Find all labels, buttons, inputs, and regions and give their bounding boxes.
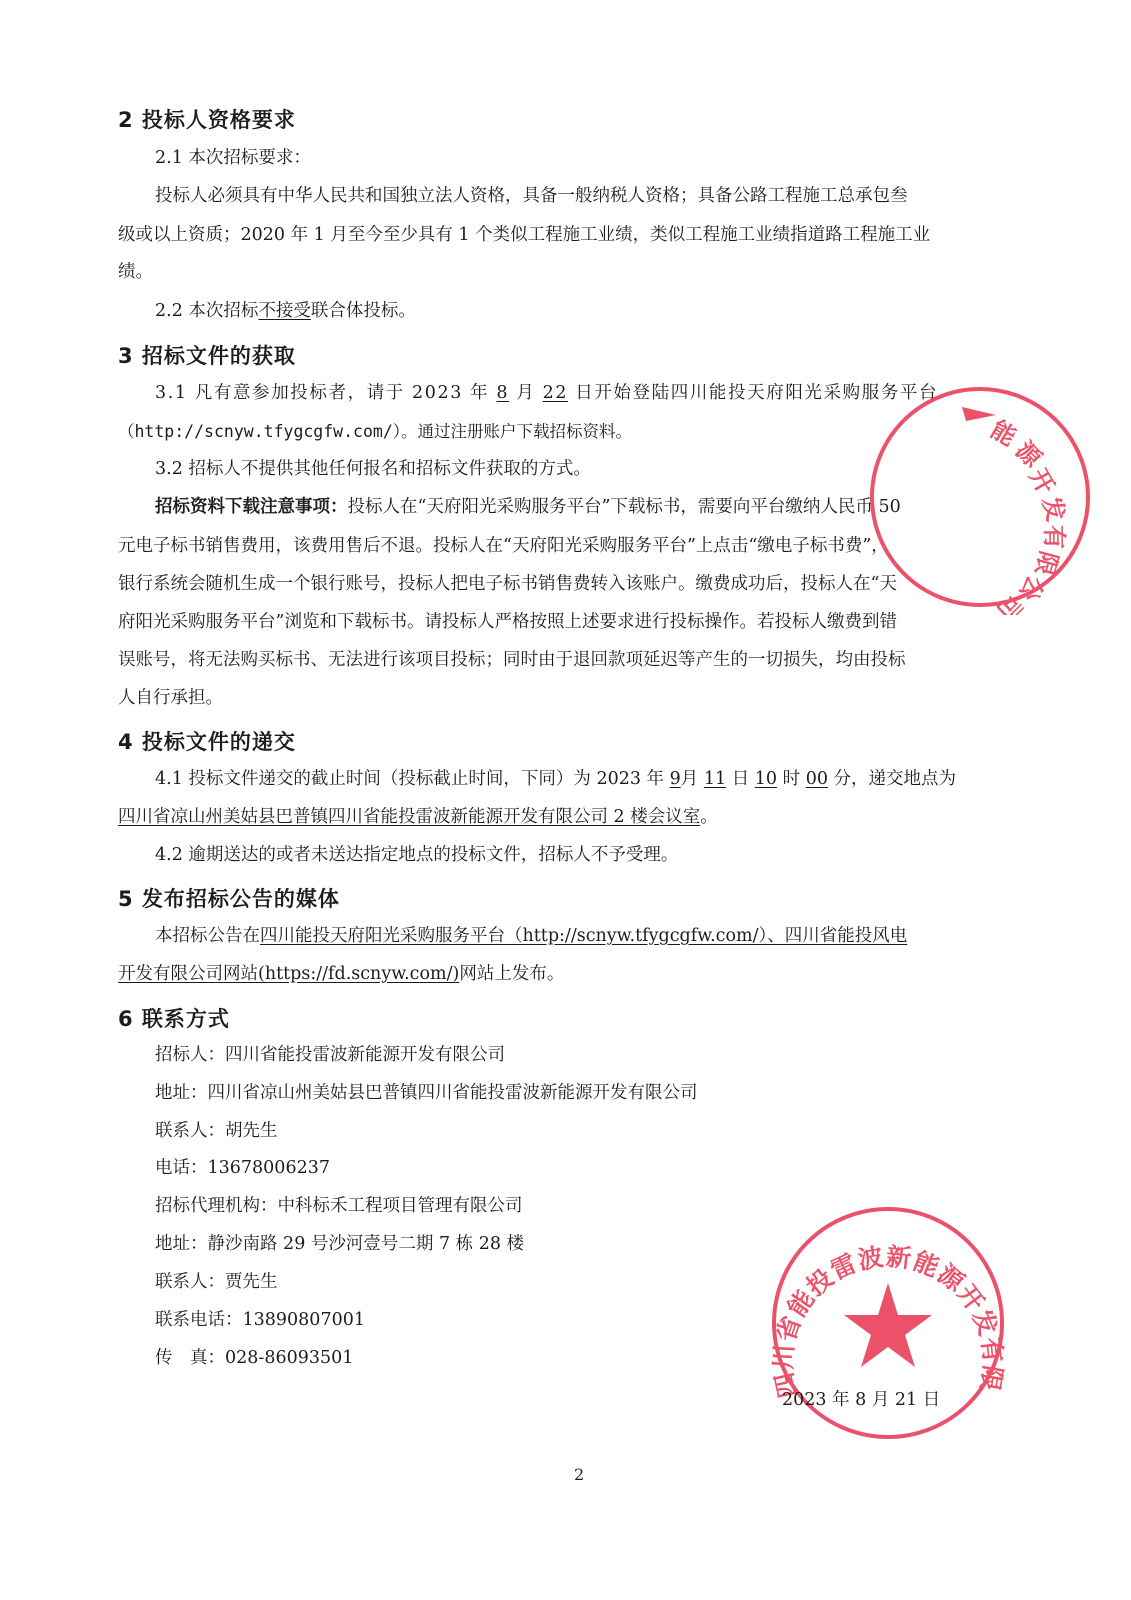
section-heading-3: 3 招标文件的获取 <box>118 340 296 370</box>
para-3-1-line2: （http://scnyw.tfygcgfw.com/）。通过注册账户下载招标资… <box>118 424 632 441</box>
svg-text:源: 源 <box>1010 436 1047 473</box>
para-3-1-line1: 3.1 凡有意参加投标者，请于 2023 年 8 月 22 日开始登陆四川能投天… <box>155 385 938 403</box>
para-3-1-text-c: 日开始登陆四川能投天府阳光采购服务平台 <box>568 383 938 403</box>
section-heading-2: 2 投标人资格要求 <box>118 104 296 134</box>
para-3-1-text-b: 月 <box>509 383 542 403</box>
para-2-1-label: 2.1 本次招标要求： <box>155 150 311 168</box>
para-4-2: 4.2 逾期送达的或者未送达指定地点的投标文件，招标人不予受理。 <box>155 847 678 865</box>
contact-tenderer-person: 联系人：胡先生 <box>155 1123 278 1141</box>
para-4-1-text-a: 4.1 投标文件递交的截止时间（投标截止时间，下同）为 2023 年 <box>155 769 670 789</box>
para-4-1-end: 。 <box>700 807 718 827</box>
notice-line1: 招标资料下载注意事项：投标人在“天府阳光采购服务平台”下载标书，需要向平台缴纳人… <box>155 499 901 517</box>
contact-agency: 招标代理机构：中科标禾工程项目管理有限公司 <box>155 1198 523 1216</box>
deadline-minute: 00 <box>806 769 828 789</box>
para-2-2-pre: 2.2 本次招标 <box>155 301 258 321</box>
para-2-2-post: 联合体投标。 <box>311 301 416 321</box>
deadline-hour: 10 <box>755 769 777 789</box>
para-2-2: 2.2 本次招标不接受联合体投标。 <box>155 303 416 321</box>
para-2-2-underlined: 不接受 <box>258 301 311 321</box>
notice-label: 招标资料下载注意事项： <box>155 497 348 517</box>
para-5-line1: 本招标公告在四川能投天府阳光采购服务平台（http://scnyw.tfygcg… <box>155 928 907 946</box>
company-seal-partial-icon: 能 源 开 发 有 限 公 司 <box>870 385 1131 615</box>
svg-text:发: 发 <box>1037 494 1070 524</box>
svg-text:限: 限 <box>1030 548 1063 578</box>
notice-line3: 银行系统会随机生成一个银行账号，投标人把电子标书销售费转入该账户。缴费成功后，投… <box>118 576 897 594</box>
section-heading-4: 4 投标文件的递交 <box>118 726 296 756</box>
para-2-1-line1: 投标人必须具有中华人民共和国独立法人资格，具备一般纳税人资格；具备公路工程施工总… <box>155 188 908 206</box>
para-5-pre: 本招标公告在 <box>155 926 260 946</box>
notice-line5: 误账号，将无法购买标书、无法进行该项目投标；同时由于退回款项延迟等产生的一切损失… <box>118 652 906 670</box>
page-number: 2 <box>574 1465 584 1484</box>
para-4-1-text-d: 时 <box>777 769 806 789</box>
svg-text:能: 能 <box>986 415 1021 451</box>
para-3-1-text-a: 3.1 凡有意参加投标者，请于 2023 年 <box>155 383 496 403</box>
publish-media-link-1[interactable]: 四川能投天府阳光采购服务平台（http://scnyw.tfygcgfw.com… <box>260 926 907 946</box>
section-heading-5: 5 发布招标公告的媒体 <box>118 883 340 913</box>
notice-line6: 人自行承担。 <box>118 690 223 708</box>
contact-agency-phone: 联系电话：13890807001 <box>155 1312 365 1330</box>
para-3-2: 3.2 招标人不提供其他任何报名和招标文件获取的方式。 <box>155 461 591 479</box>
para-4-1-line2: 四川省凉山州美姑县巴普镇四川省能投雷波新能源开发有限公司 2 楼会议室。 <box>118 809 718 827</box>
contact-agency-fax: 传 真：028-86093501 <box>155 1350 353 1368</box>
contact-agency-address: 地址：静沙南路 29 号沙河壹号二期 7 栋 28 楼 <box>155 1236 524 1254</box>
svg-text:四川省能投雷波新能源开发有限公司: 四川省能投雷波新能源开发有限公司 <box>758 1205 1008 1400</box>
svg-text:有: 有 <box>1040 525 1068 549</box>
para-2-1-line2: 级或以上资质；2020 年 1 月至今至少具有 1 个类似工程施工业绩，类似工程… <box>118 227 930 245</box>
svg-text:司: 司 <box>991 589 1028 615</box>
svg-text:公: 公 <box>1013 571 1049 606</box>
section-heading-6: 6 联系方式 <box>118 1003 230 1033</box>
deadline-day: 11 <box>704 769 726 789</box>
deadline-month: 9 <box>670 769 681 789</box>
publish-media-link-2[interactable]: 开发有限公司网站(https://fd.scnyw.com/) <box>118 964 459 984</box>
para-5-post: 网站上发布。 <box>459 964 564 984</box>
para-3-1-month: 8 <box>496 383 509 403</box>
para-4-1-line1: 4.1 投标文件递交的截止时间（投标截止时间，下同）为 2023 年 9月 11… <box>155 771 956 789</box>
para-4-1-text-c: 日 <box>726 769 755 789</box>
contact-tenderer: 招标人：四川省能投雷波新能源开发有限公司 <box>155 1047 505 1065</box>
para-5-line2: 开发有限公司网站(https://fd.scnyw.com/)网站上发布。 <box>118 966 564 984</box>
notice-line4: 府阳光采购服务平台”浏览和下载标书。请投标人严格按照上述要求进行投标操作。若投标… <box>118 614 897 632</box>
contact-agency-person: 联系人：贾先生 <box>155 1274 278 1292</box>
para-2-1-line3: 绩。 <box>118 264 153 282</box>
notice-text-1: 投标人在“天府阳光采购服务平台”下载标书，需要向平台缴纳人民币 50 <box>348 497 901 517</box>
notice-line2: 元电子标书销售费用，该费用售后不退。投标人在“天府阳光采购服务平台”上点击“缴电… <box>118 538 889 556</box>
signature-date: 2023 年 8 月 21 日 <box>782 1392 940 1410</box>
submission-location: 四川省凉山州美姑县巴普镇四川省能投雷波新能源开发有限公司 2 楼会议室 <box>118 807 700 827</box>
para-3-1-day: 22 <box>543 383 568 403</box>
svg-text:开: 开 <box>1024 464 1060 499</box>
para-4-1-text-b: 月 <box>681 769 704 789</box>
contact-tenderer-phone: 电话：13678006237 <box>155 1160 330 1178</box>
para-4-1-text-e: 分，递交地点为 <box>828 769 956 789</box>
contact-tenderer-address: 地址：四川省凉山州美姑县巴普镇四川省能投雷波新能源开发有限公司 <box>155 1085 698 1103</box>
document-page: 2 投标人资格要求 2.1 本次招标要求： 投标人必须具有中华人民共和国独立法人… <box>0 0 1131 1600</box>
